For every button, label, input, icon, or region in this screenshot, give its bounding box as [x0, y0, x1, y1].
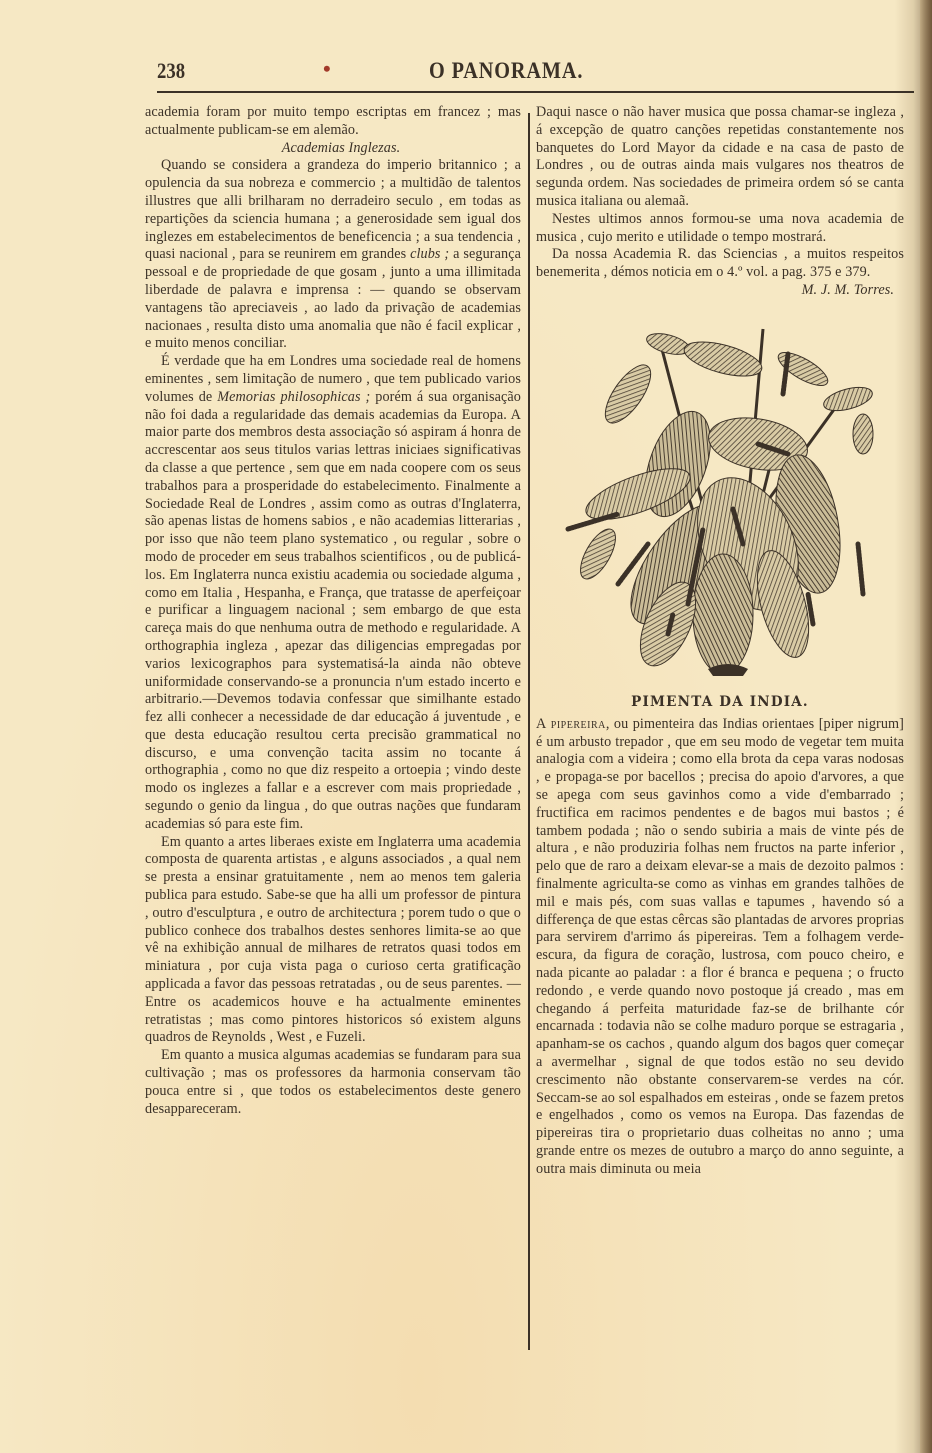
paragraph: É verdade que ha em Londres uma sociedad… [145, 353, 521, 834]
text-run: porém á sua organisação não foi dada a r… [145, 389, 521, 832]
section-heading: Academias Inglezas. [145, 140, 521, 158]
column-divider [528, 113, 530, 1350]
lead-in: A pipereira [536, 716, 606, 732]
paragraph: Em quanto a artes liberaes existe em Ing… [145, 834, 521, 1048]
paragraph: Quando se considera a grandeza do imperi… [145, 157, 521, 353]
paragraph: Da nossa Academia R. das Sciencias , a m… [536, 246, 904, 282]
italic-term: clubs ; [410, 246, 449, 262]
header-ornament: • [323, 56, 331, 82]
paragraph: Em quanto a musica algumas academias se … [145, 1047, 521, 1118]
page-edge-shadow [920, 0, 932, 1453]
paragraph: Nestes ultimos annos formou-se uma nova … [536, 211, 904, 247]
figure-caption: PIMENTA DA INDIA. [536, 694, 904, 712]
paragraph: A pipereira, ou pimenteira das Indias or… [536, 716, 904, 1179]
italic-title: Memorias philosophicas ; [217, 389, 370, 405]
header-rule [157, 91, 914, 93]
left-column: academia foram por muito tempo escriptas… [145, 104, 521, 1118]
paragraph: Daqui nasce o não haver musica que possa… [536, 104, 904, 211]
figure: PIMENTA DA INDIA. [536, 314, 904, 716]
right-column: Daqui nasce o não haver musica que possa… [536, 104, 904, 1178]
periodical-title: O PANORAMA. [429, 58, 583, 84]
text-run: , ou pimenteira das Indias orientaes [pi… [536, 716, 904, 1177]
paragraph: academia foram por muito tempo escriptas… [145, 104, 521, 140]
pepper-plant-icon [558, 314, 878, 689]
author-signature: M. J. M. Torres. [536, 282, 904, 300]
page-header: 238 • O PANORAMA. [157, 54, 914, 90]
page-number: 238 [157, 58, 185, 84]
